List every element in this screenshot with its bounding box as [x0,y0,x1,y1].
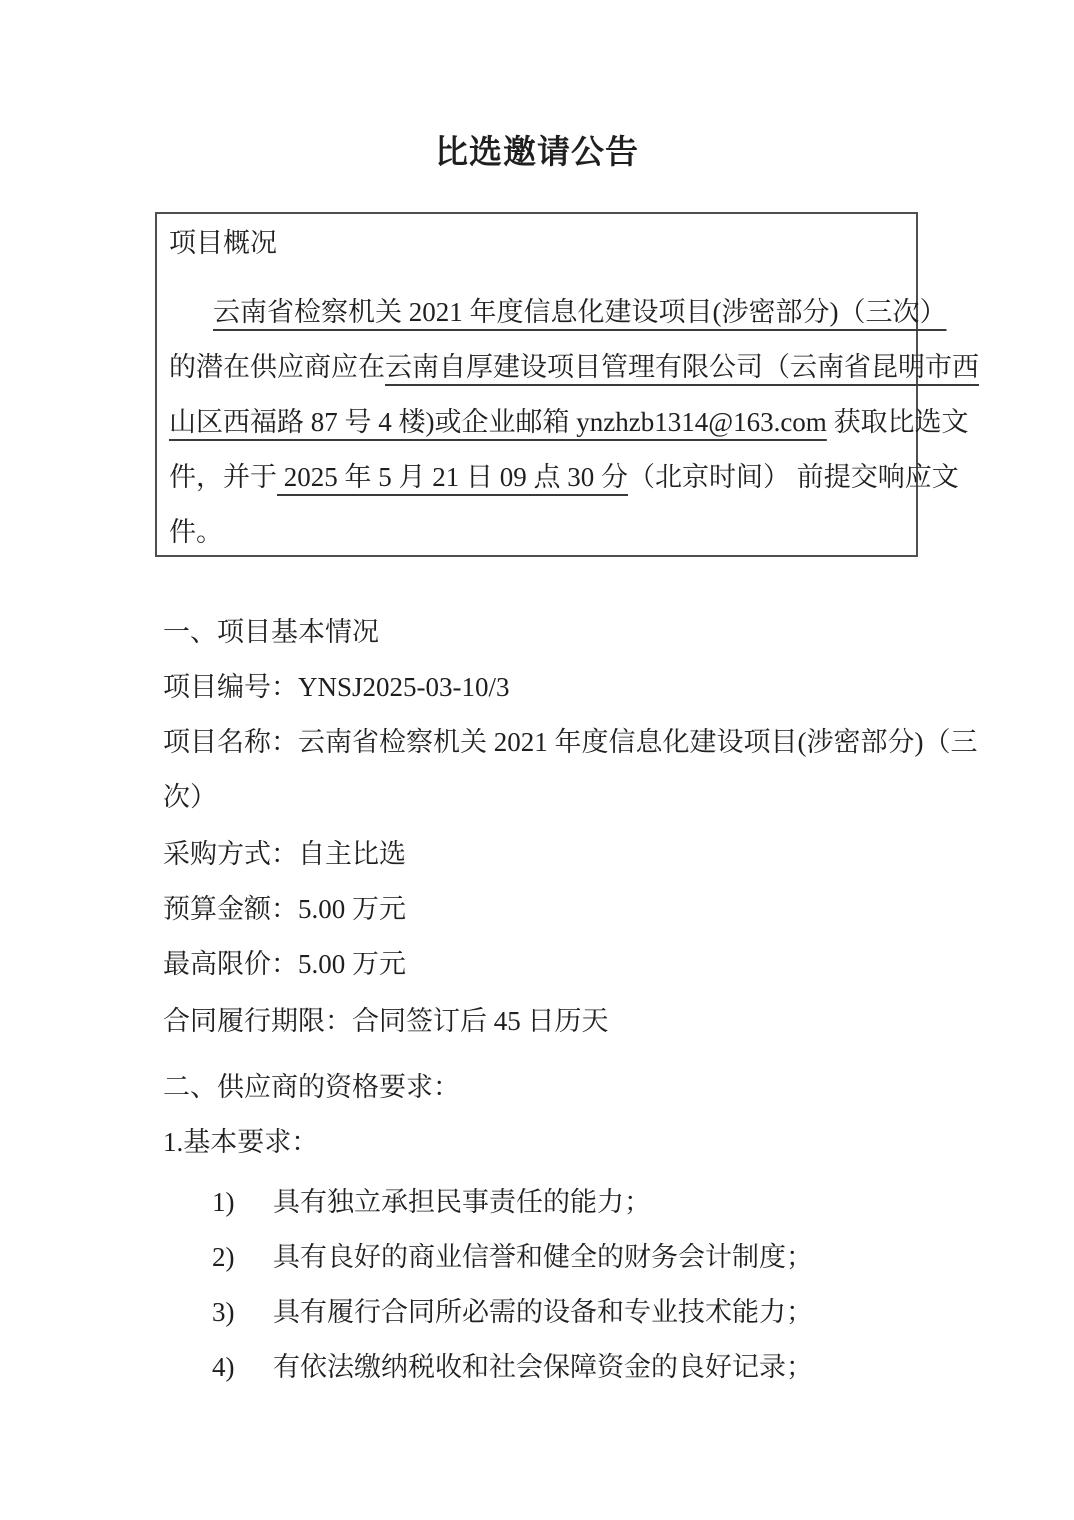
requirement-item-4: 4)有依法缴纳税收和社会保障资金的良好记录； [212,1349,813,1385]
list-item-text: 有依法缴纳税收和社会保障资金的良好记录； [273,1352,813,1382]
overview-line-3: 山区西福路 87 号 4 楼)或企业邮箱 ynzhzb1314@163.com … [169,405,904,460]
document-title: 比选邀请公告 [0,133,1074,173]
list-item-text: 具有独立承担民事责任的能力； [273,1187,651,1217]
overview-line-5: 件。 [169,515,904,570]
requirement-item-2: 2)具有良好的商业信誉和健全的财务会计制度； [212,1239,813,1275]
project-overview-box: 项目概况 云南省检察机关 2021 年度信息化建设项目(涉密部分)（三次） 的潜… [155,212,918,557]
field-procurement-method: 采购方式：自主比选 [163,836,406,872]
requirement-item-3: 3)具有履行合同所必需的设备和专业技术能力； [212,1294,813,1330]
overview-line-2: 的潜在供应商应在云南自厚建设项目管理有限公司（云南省昆明市西 [169,350,904,405]
overview-line-1: 云南省检察机关 2021 年度信息化建设项目(涉密部分)（三次） [169,295,904,350]
field-project-number: 项目编号：YNSJ2025-03-10/3 [163,669,510,705]
agency-name-underlined: 云南自厚建设项目管理有限公司（云南省昆明市西 [385,352,979,382]
section2-subheading: 1.基本要求： [163,1124,318,1160]
overview-paragraph: 云南省检察机关 2021 年度信息化建设项目(涉密部分)（三次） 的潜在供应商应… [169,295,904,570]
field-max-price: 最高限价：5.00 万元 [163,946,406,982]
agency-address-email-underlined: 山区西福路 87 号 4 楼)或企业邮箱 ynzhzb1314@163.com [169,407,827,437]
section2-heading: 二、供应商的资格要求： [163,1069,460,1105]
list-item-number: 3) [212,1294,273,1330]
overview-text: 的潜在供应商应在 [169,352,385,382]
requirement-item-1: 1)具有独立承担民事责任的能力； [212,1184,651,1220]
overview-heading: 项目概况 [169,226,904,260]
field-project-name-line2: 次） [163,779,217,815]
overview-text: 获取比选文 [827,407,969,437]
list-item-number: 1) [212,1184,273,1220]
document-page: 比选邀请公告 项目概况 云南省检察机关 2021 年度信息化建设项目(涉密部分)… [0,0,1074,1520]
field-budget-amount: 预算金额：5.00 万元 [163,891,406,927]
field-contract-period: 合同履行期限：合同签订后 45 日历天 [163,1003,609,1039]
list-item-text: 具有履行合同所必需的设备和专业技术能力； [273,1297,813,1327]
deadline-underlined: 2025 年 5 月 21 日 09 点 30 分 [277,462,628,492]
overview-text: 件。 [169,517,223,547]
overview-line-4: 件，并于 2025 年 5 月 21 日 09 点 30 分（北京时间） 前提交… [169,460,904,515]
field-project-name-line1: 项目名称：云南省检察机关 2021 年度信息化建设项目(涉密部分)（三 [163,724,977,760]
section1-heading: 一、项目基本情况 [163,614,379,650]
list-item-text: 具有良好的商业信誉和健全的财务会计制度； [273,1242,813,1272]
overview-text: 件，并于 [169,462,277,492]
overview-text: （北京时间） 前提交响应文 [628,462,959,492]
list-item-number: 4) [212,1349,273,1385]
project-name-underlined: 云南省检察机关 2021 年度信息化建设项目(涉密部分)（三次） [213,297,946,327]
list-item-number: 2) [212,1239,273,1275]
